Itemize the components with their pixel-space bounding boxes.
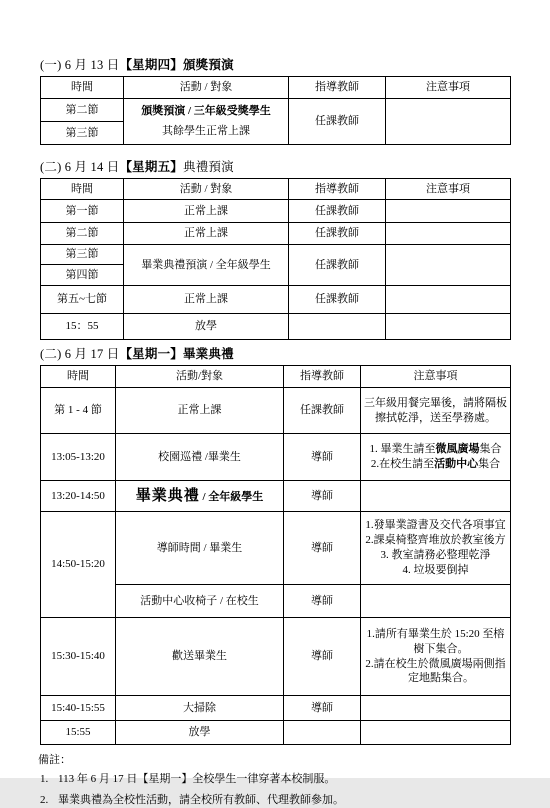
notes-cell	[386, 245, 511, 286]
table-row: 15:40-15:55 大掃除 導師	[41, 696, 511, 721]
header-time: 時間	[41, 366, 116, 388]
remark-number: 1.	[40, 771, 58, 788]
activity-cell: 畢業典禮預演 / 全年級學生	[124, 245, 289, 286]
remark-text: 113 年 6 月 17 日【星期一】全校學生一律穿著本校制服。	[58, 771, 510, 788]
activity-cell: 導師時間 / 畢業生	[116, 512, 284, 585]
activity-title: 畢業典禮	[136, 488, 200, 504]
header-notes: 注意事項	[386, 77, 511, 99]
header-notes: 注意事項	[386, 179, 511, 200]
header-activity: 活動/對象	[116, 366, 284, 388]
time-cell: 15：55	[41, 314, 124, 340]
header-teacher: 指導教師	[289, 179, 386, 200]
table-row: 第五~七節 正常上課 任課教師	[41, 286, 511, 314]
notes-text: 集合	[480, 443, 502, 455]
teacher-cell	[289, 314, 386, 340]
time-cell: 第 1 - 4 節	[41, 388, 116, 434]
schedule-table-june13: 時間 活動 / 對象 指導教師 注意事項 第二節 頒獎預演 / 三年級受獎學生 …	[40, 76, 511, 145]
section3-title-prefix: (二) 6 月 17 日	[40, 347, 119, 361]
remark-text: 畢業典禮為全校性活動，請全校所有教師、代理教師參加。	[58, 792, 510, 808]
teacher-cell: 導師	[284, 512, 361, 585]
notes-text: 2.在校生請至	[371, 458, 434, 470]
schedule-table-june14: 時間 活動 / 對象 指導教師 注意事項 第一節 正常上課 任課教師 第二節 正…	[40, 178, 511, 340]
notes-line: 3. 教室請務必整理乾淨	[364, 548, 507, 563]
schedule-table-june17: 時間 活動/對象 指導教師 注意事項 第 1 - 4 節 正常上課 任課教師 三…	[40, 365, 511, 745]
time-cell: 第四節	[41, 265, 124, 286]
table-row: 第三節 畢業典禮預演 / 全年級學生 任課教師	[41, 245, 511, 265]
time-cell: 13:20-14:50	[41, 481, 116, 512]
notes-cell	[386, 314, 511, 340]
notes-text-bold: 微風廣場	[436, 443, 480, 455]
teacher-cell: 任課教師	[289, 245, 386, 286]
notes-line: 2.請在校生於微風廣場兩側指定地點集合。	[364, 657, 507, 687]
notes-cell: 三年級用餐完畢後，請將隔板擦拭乾淨，送至學務處。	[361, 388, 511, 434]
notes-line: 2.課桌椅整齊堆放於教室後方	[364, 533, 507, 548]
notes-cell	[361, 696, 511, 721]
time-cell: 第三節	[41, 122, 124, 145]
notes-cell	[386, 286, 511, 314]
header-teacher: 指導教師	[284, 366, 361, 388]
activity-line2: 其餘學生正常上課	[127, 122, 285, 142]
table-header-row: 時間 活動 / 對象 指導教師 注意事項	[41, 179, 511, 200]
notes-cell	[361, 481, 511, 512]
table-row: 14:50-15:20 導師時間 / 畢業生 導師 1.發畢業證書及交代各項事宜…	[41, 512, 511, 585]
header-time: 時間	[41, 77, 124, 99]
notes-cell	[361, 585, 511, 618]
activity-cell: 正常上課	[124, 223, 289, 245]
notes-cell	[386, 223, 511, 245]
table-row: 15:30-15:40 歡送畢業生 導師 1.請所有畢業生於 15:20 至榕樹…	[41, 618, 511, 696]
notes-text-bold: 活動中心	[434, 458, 478, 470]
section2-title-prefix: (二) 6 月 14 日	[40, 160, 119, 174]
activity-cell: 放學	[124, 314, 289, 340]
section3-title: (二) 6 月 17 日【星期一】畢業典禮	[40, 344, 510, 362]
activity-cell: 正常上課	[124, 200, 289, 223]
table-row: 第二節 頒獎預演 / 三年級受獎學生 其餘學生正常上課 任課教師	[41, 99, 511, 122]
time-cell: 第一節	[41, 200, 124, 223]
table-header-row: 時間 活動 / 對象 指導教師 注意事項	[41, 77, 511, 99]
notes-cell: 1. 畢業生請至微風廣場集合 2.在校生請至活動中心集合	[361, 434, 511, 481]
teacher-cell: 導師	[284, 696, 361, 721]
time-cell: 15:55	[41, 721, 116, 745]
teacher-cell: 任課教師	[289, 99, 386, 145]
teacher-cell: 導師	[284, 585, 361, 618]
remarks-section: 備註： 1. 113 年 6 月 17 日【星期一】全校學生一律穿著本校制服。 …	[40, 751, 510, 808]
teacher-cell: 任課教師	[289, 200, 386, 223]
activity-cell: 畢業典禮 / 全年級學生	[116, 481, 284, 512]
activity-cell: 歡送畢業生	[116, 618, 284, 696]
header-notes: 注意事項	[361, 366, 511, 388]
notes-line: 2.在校生請至活動中心集合	[364, 457, 507, 472]
time-cell: 第二節	[41, 223, 124, 245]
table-row: 第 1 - 4 節 正常上課 任課教師 三年級用餐完畢後，請將隔板擦拭乾淨，送至…	[41, 388, 511, 434]
notes-cell	[361, 721, 511, 745]
time-cell: 13:05-13:20	[41, 434, 116, 481]
activity-cell: 放學	[116, 721, 284, 745]
time-cell: 14:50-15:20	[41, 512, 116, 618]
teacher-cell: 導師	[284, 481, 361, 512]
section2-title-main: 【星期五】	[119, 160, 183, 174]
table-row: 13:05-13:20 校園巡禮 /畢業生 導師 1. 畢業生請至微風廣場集合 …	[41, 434, 511, 481]
activity-cell: 正常上課	[124, 286, 289, 314]
time-cell: 第五~七節	[41, 286, 124, 314]
table-row: 第二節 正常上課 任課教師	[41, 223, 511, 245]
header-activity: 活動 / 對象	[124, 77, 289, 99]
table-row: 15：55 放學	[41, 314, 511, 340]
time-cell: 15:30-15:40	[41, 618, 116, 696]
remark-item: 2. 畢業典禮為全校性活動，請全校所有教師、代理教師參加。	[40, 792, 510, 808]
section2-title-tail: 典禮預演	[183, 160, 234, 174]
notes-cell: 1.請所有畢業生於 15:20 至榕樹下集合。 2.請在校生於微風廣場兩側指定地…	[361, 618, 511, 696]
notes-line: 1. 畢業生請至微風廣場集合	[364, 442, 507, 457]
section1-title: (一) 6 月 13 日【星期四】頒獎預演	[40, 55, 510, 73]
table-row: 第一節 正常上課 任課教師	[41, 200, 511, 223]
section2-title: (二) 6 月 14 日【星期五】典禮預演	[40, 157, 510, 175]
header-activity: 活動 / 對象	[124, 179, 289, 200]
activity-subject: / 全年級學生	[200, 491, 264, 503]
section3-title-main: 【星期一】畢業典禮	[119, 347, 233, 361]
activity-cell: 活動中心收椅子 / 在校生	[116, 585, 284, 618]
teacher-cell: 任課教師	[289, 286, 386, 314]
notes-line: 4. 垃圾要倒掉	[364, 563, 507, 578]
activity-line1: 頒獎預演 / 三年級受獎學生	[127, 102, 285, 122]
header-teacher: 指導教師	[289, 77, 386, 99]
notes-line: 1.請所有畢業生於 15:20 至榕樹下集合。	[364, 627, 507, 657]
teacher-cell: 任課教師	[289, 223, 386, 245]
activity-cell: 大掃除	[116, 696, 284, 721]
teacher-cell: 導師	[284, 434, 361, 481]
time-cell: 第三節	[41, 245, 124, 265]
remark-item: 1. 113 年 6 月 17 日【星期一】全校學生一律穿著本校制服。	[40, 771, 510, 788]
notes-text: 1. 畢業生請至	[370, 443, 436, 455]
teacher-cell	[284, 721, 361, 745]
activity-cell: 頒獎預演 / 三年級受獎學生 其餘學生正常上課	[124, 99, 289, 145]
remarks-label: 備註：	[38, 751, 510, 767]
table-row: 13:20-14:50 畢業典禮 / 全年級學生 導師	[41, 481, 511, 512]
notes-cell	[386, 99, 511, 145]
document-page: (一) 6 月 13 日【星期四】頒獎預演 時間 活動 / 對象 指導教師 注意…	[0, 0, 550, 778]
section1-title-main: 【星期四】頒獎預演	[119, 58, 233, 72]
teacher-cell: 任課教師	[284, 388, 361, 434]
notes-text: 集合	[478, 458, 500, 470]
table-row: 15:55 放學	[41, 721, 511, 745]
time-cell: 第二節	[41, 99, 124, 122]
time-cell: 15:40-15:55	[41, 696, 116, 721]
remark-number: 2.	[40, 792, 58, 808]
header-time: 時間	[41, 179, 124, 200]
activity-cell: 正常上課	[116, 388, 284, 434]
table-header-row: 時間 活動/對象 指導教師 注意事項	[41, 366, 511, 388]
notes-cell	[386, 200, 511, 223]
notes-cell: 1.發畢業證書及交代各項事宜 2.課桌椅整齊堆放於教室後方 3. 教室請務必整理…	[361, 512, 511, 585]
teacher-cell: 導師	[284, 618, 361, 696]
notes-line: 1.發畢業證書及交代各項事宜	[364, 518, 507, 533]
activity-cell: 校園巡禮 /畢業生	[116, 434, 284, 481]
section1-title-prefix: (一) 6 月 13 日	[40, 58, 119, 72]
